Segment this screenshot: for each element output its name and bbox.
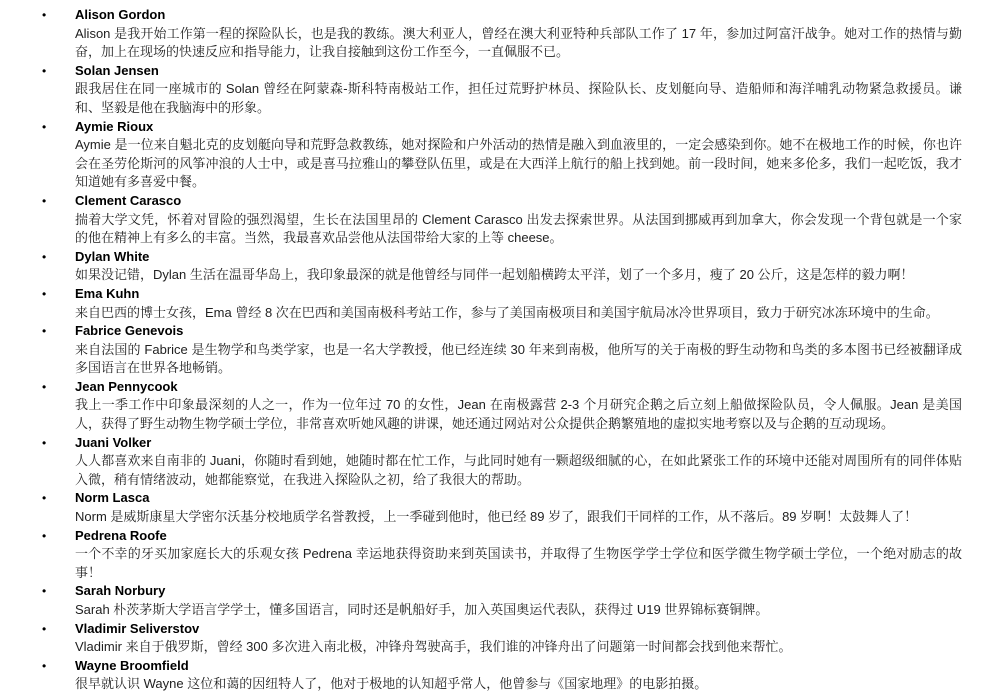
people-list: • Alison Gordon Alison 是我开始工作第一程的探险队长，也是…: [0, 6, 985, 694]
bullet-icon: •: [42, 378, 75, 397]
person-description: 来自巴西的博士女孩，Ema 曾经 8 次在巴西和美国南极科考站工作，参与了美国南…: [75, 304, 962, 323]
list-item: • Sarah Norbury Sarah 朴茨茅斯大学语言学学士，懂多国语言，…: [42, 582, 962, 619]
person-name: Sarah Norbury: [75, 582, 962, 601]
person-description: Sarah 朴茨茅斯大学语言学学士，懂多国语言，同时还是帆船好手，加入英国奥运代…: [75, 601, 962, 620]
person-description: 人人都喜欢来自南非的 Juani，你随时看到她，她随时都在忙工作，与此同时她有一…: [75, 452, 962, 489]
list-item: • Aymie Rioux Aymie 是一位来自魁北克的皮划艇向导和荒野急救教…: [42, 118, 962, 192]
bullet-icon: •: [42, 248, 75, 267]
list-item: • Alison Gordon Alison 是我开始工作第一程的探险队长，也是…: [42, 6, 962, 62]
person-name: Wayne Broomfield: [75, 657, 962, 676]
list-item: • Wayne Broomfield 很早就认识 Wayne 这位和蔼的因纽特人…: [42, 657, 962, 694]
person-description: 如果没记错，Dylan 生活在温哥华岛上，我印象最深的就是他曾经与同伴一起划船横…: [75, 266, 962, 285]
person-description: Vladimir 来自于俄罗斯，曾经 300 多次进入南北极，冲锋舟驾驶高手，我…: [75, 638, 962, 657]
list-item: • Solan Jensen 跟我居住在同一座城市的 Solan 曾经在阿蒙森-…: [42, 62, 962, 118]
bullet-icon: •: [42, 192, 75, 211]
list-item: • Clement Carasco 揣着大学文凭，怀着对冒险的强烈渴望，生长在法…: [42, 192, 962, 248]
list-item: • Vladimir Seliverstov Vladimir 来自于俄罗斯，曾…: [42, 620, 962, 657]
list-item: • Juani Volker 人人都喜欢来自南非的 Juani，你随时看到她，她…: [42, 434, 962, 490]
person-name: Juani Volker: [75, 434, 962, 453]
bullet-icon: •: [42, 489, 75, 508]
bullet-icon: •: [42, 434, 75, 453]
bullet-icon: •: [42, 620, 75, 639]
list-item: • Dylan White 如果没记错，Dylan 生活在温哥华岛上，我印象最深…: [42, 248, 962, 285]
person-name: Fabrice Genevois: [75, 322, 962, 341]
person-name: Aymie Rioux: [75, 118, 962, 137]
bullet-icon: •: [42, 582, 75, 601]
person-name: Ema Kuhn: [75, 285, 962, 304]
person-name: Dylan White: [75, 248, 962, 267]
person-description: 我上一季工作中印象最深刻的人之一，作为一位年过 70 的女性，Jean 在南极露…: [75, 396, 962, 433]
person-name: Solan Jensen: [75, 62, 962, 81]
list-item: • Jean Pennycook 我上一季工作中印象最深刻的人之一，作为一位年过…: [42, 378, 962, 434]
person-name: Clement Carasco: [75, 192, 962, 211]
person-description: 揣着大学文凭，怀着对冒险的强烈渴望，生长在法国里昂的 Clement Caras…: [75, 211, 962, 248]
person-name: Pedrena Roofe: [75, 527, 962, 546]
person-description: Aymie 是一位来自魁北克的皮划艇向导和荒野急救教练，她对探险和户外活动的热情…: [75, 136, 962, 192]
person-description: Alison 是我开始工作第一程的探险队长，也是我的教练。澳大利亚人，曾经在澳大…: [75, 25, 962, 62]
list-item: • Fabrice Genevois 来自法国的 Fabrice 是生物学和鸟类…: [42, 322, 962, 378]
bullet-icon: •: [42, 527, 75, 546]
person-description: 一个不幸的牙买加家庭长大的乐观女孩 Pedrena 幸运地获得资助来到英国读书，…: [75, 545, 962, 582]
list-item: • Ema Kuhn 来自巴西的博士女孩，Ema 曾经 8 次在巴西和美国南极科…: [42, 285, 962, 322]
bullet-icon: •: [42, 322, 75, 341]
bullet-icon: •: [42, 6, 75, 25]
person-name: Norm Lasca: [75, 489, 962, 508]
person-description: 很早就认识 Wayne 这位和蔼的因纽特人了，他对于极地的认知超乎常人，他曾参与…: [75, 675, 962, 694]
person-description: Norm 是威斯康星大学密尔沃基分校地质学名誉教授，上一季碰到他时，他已经 89…: [75, 508, 962, 527]
bullet-icon: •: [42, 657, 75, 676]
person-name: Alison Gordon: [75, 6, 962, 25]
list-item: • Pedrena Roofe 一个不幸的牙买加家庭长大的乐观女孩 Pedren…: [42, 527, 962, 583]
list-item: • Norm Lasca Norm 是威斯康星大学密尔沃基分校地质学名誉教授，上…: [42, 489, 962, 526]
person-description: 来自法国的 Fabrice 是生物学和鸟类学家，也是一名大学教授，他已经连续 3…: [75, 341, 962, 378]
document-page: • Alison Gordon Alison 是我开始工作第一程的探险队长，也是…: [0, 0, 985, 694]
person-name: Jean Pennycook: [75, 378, 962, 397]
bullet-icon: •: [42, 285, 75, 304]
bullet-icon: •: [42, 62, 75, 81]
person-name: Vladimir Seliverstov: [75, 620, 962, 639]
person-description: 跟我居住在同一座城市的 Solan 曾经在阿蒙森-斯科特南极站工作，担任过荒野护…: [75, 80, 962, 117]
bullet-icon: •: [42, 118, 75, 137]
